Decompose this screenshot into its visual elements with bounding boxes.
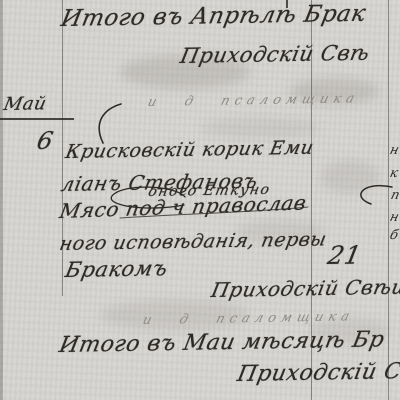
edge-fragment: н (388, 210, 400, 225)
may-total-line: Итого въ Маи мѣсяцѣ Бр (57, 327, 386, 358)
edge-fragment: к (388, 166, 400, 181)
entry-line-1: Крисковскій корик Еми (64, 137, 316, 163)
april-signature-line: Приходскій Свѣ (178, 41, 371, 68)
month-label: Май (2, 93, 49, 115)
paragraph-flourish (99, 104, 121, 143)
edge-fragment: п (389, 188, 400, 203)
entry-line-5: Бракомъ (63, 256, 170, 282)
month-underline (0, 118, 74, 120)
entry-line-4: ного исповѣданія, первы (58, 228, 329, 255)
ink-bleed-blob (200, 118, 320, 138)
entry-count: 21 (325, 240, 364, 270)
may-signature-line: Приходскій Свѣщ (209, 275, 400, 302)
register-page-scan: Итого въ Апрѣлѣ Брак Приходскій Свѣ и д … (0, 0, 400, 400)
day-number: 6 (35, 127, 56, 155)
april-total-line: Итого въ Апрѣлѣ Брак (59, 1, 368, 32)
scan-edge-shade (0, 0, 3, 400)
edge-fragment: б (388, 228, 400, 243)
edge-fragment: н (388, 143, 400, 158)
ink-bleed-blob (320, 160, 380, 194)
april-assistant-line: и д псаломщика (146, 91, 361, 110)
closing-signature-line: Приходскій С (235, 359, 400, 387)
